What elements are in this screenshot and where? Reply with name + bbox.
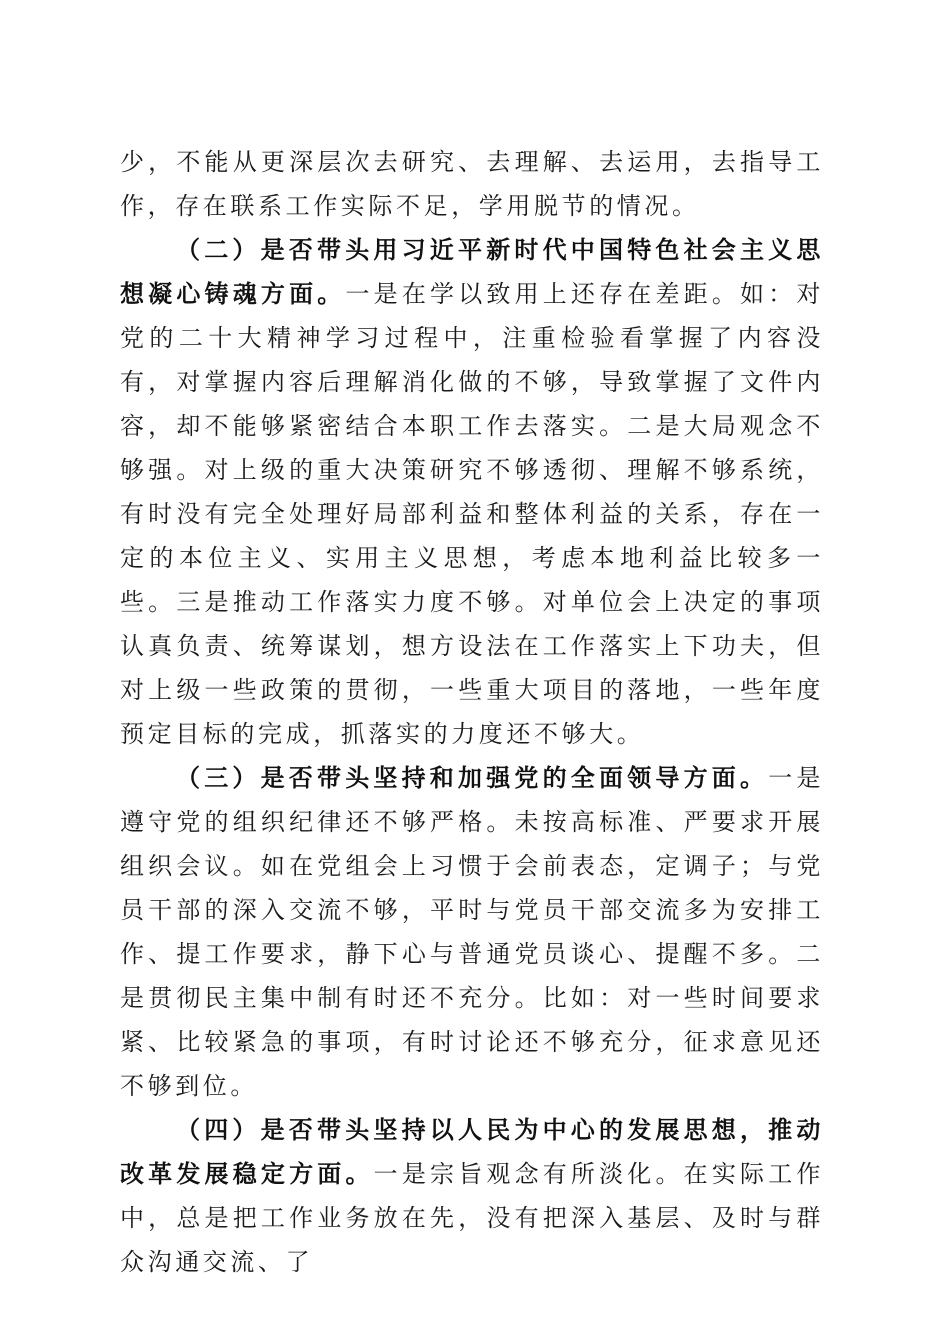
document-page: 少，不能从更深层次去研究、去理解、去运用，去指导工作，存在联系工作实际不足，学用… [120,140,824,1284]
paragraph-body: 一是遵守党的组织纪律还不够严格。未按高标准、严要求开展组织会议。如在党组会上习惯… [120,764,824,1100]
paragraph-heading: （三）是否带头坚持和加强党的全面领导方面。 [176,763,768,792]
paragraph-body: 一是在学以致用上还存在差距。如：对党的二十大精神学习过程中，注重检验看掌握了内容… [120,280,824,748]
paragraph-section-3: （三）是否带头坚持和加强党的全面领导方面。一是遵守党的组织纪律还不够严格。未按高… [120,756,824,1108]
paragraph-continuation: 少，不能从更深层次去研究、去理解、去运用，去指导工作，存在联系工作实际不足，学用… [120,140,824,228]
paragraph-body: 少，不能从更深层次去研究、去理解、去运用，去指导工作，存在联系工作实际不足，学用… [120,148,824,220]
paragraph-section-2: （二）是否带头用习近平新时代中国特色社会主义思想凝心铸魂方面。一是在学以致用上还… [120,228,824,756]
paragraph-section-4: （四）是否带头坚持以人民为中心的发展思想，推动改革发展稳定方面。一是宗旨观念有所… [120,1108,824,1284]
